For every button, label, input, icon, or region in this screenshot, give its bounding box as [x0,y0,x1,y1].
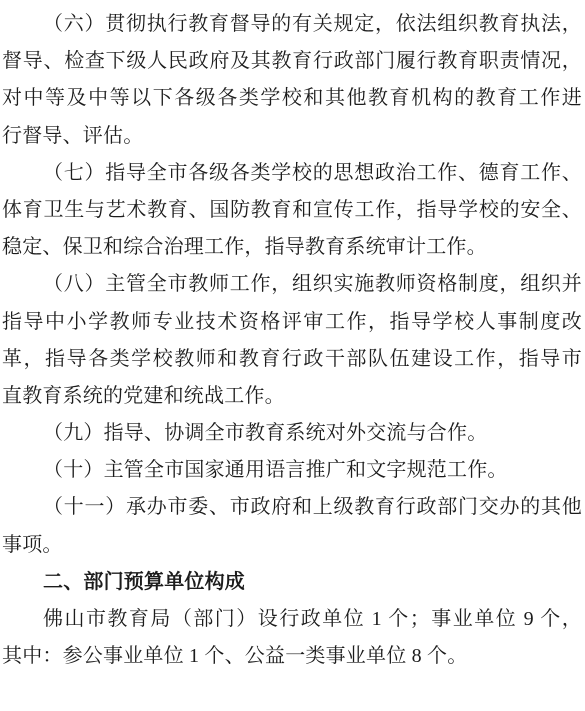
text-line: 革，指导各类学校教师和教育行政干部队伍建设工作，指导市 [2,341,582,378]
text-line: 佛山市教育局（部门）设行政单位 1 个；事业单位 9 个， [2,601,582,638]
paragraph-duty-item-9: （九）指导、协调全市教育系统对外交流与合作。 [2,415,582,452]
paragraph-budget-unit-composition: 佛山市教育局（部门）设行政单位 1 个；事业单位 9 个， 其中：参公事业单位 … [2,601,582,675]
paragraph-duty-item-10: （十）主管全市国家通用语言推广和文字规范工作。 [2,452,582,489]
text-line: 直教育系统的党建和统战工作。 [2,378,582,415]
text-line: 指导中小学教师专业技术资格评审工作，指导学校人事制度改 [2,304,582,341]
paragraph-duty-item-6: （六）贯彻执行教育督导的有关规定，依法组织教育执法， 督导、检查下级人民政府及其… [2,6,582,155]
section-heading: 二、部门预算单位构成 [2,564,582,601]
text-line: 督导、检查下级人民政府及其教育行政部门履行教育职责情况， [2,43,582,80]
text-line: （十）主管全市国家通用语言推广和文字规范工作。 [2,452,582,489]
text-line: 行督导、评估。 [2,118,582,155]
text-line: 对中等及中等以下各级各类学校和其他教育机构的教育工作进 [2,80,582,117]
paragraph-section-2-heading: 二、部门预算单位构成 [2,564,582,601]
document-page: （六）贯彻执行教育督导的有关规定，依法组织教育执法， 督导、检查下级人民政府及其… [0,0,585,711]
paragraph-duty-item-8: （八）主管全市教师工作，组织实施教师资格制度，组织并 指导中小学教师专业技术资格… [2,266,582,415]
text-line: （九）指导、协调全市教育系统对外交流与合作。 [2,415,582,452]
text-line: 稳定、保卫和综合治理工作，指导教育系统审计工作。 [2,229,582,266]
paragraph-duty-item-11: （十一）承办市委、市政府和上级教育行政部门交办的其他 事项。 [2,489,582,563]
text-line: （十一）承办市委、市政府和上级教育行政部门交办的其他 [2,489,582,526]
text-line: 其中：参公事业单位 1 个、公益一类事业单位 8 个。 [2,638,582,675]
paragraph-duty-item-7: （七）指导全市各级各类学校的思想政治工作、德育工作、 体育卫生与艺术教育、国防教… [2,155,582,267]
text-line: （八）主管全市教师工作，组织实施教师资格制度，组织并 [2,266,582,303]
text-line: 体育卫生与艺术教育、国防教育和宣传工作，指导学校的安全、 [2,192,582,229]
text-line: 事项。 [2,527,582,564]
text-line: （七）指导全市各级各类学校的思想政治工作、德育工作、 [2,155,582,192]
text-line: （六）贯彻执行教育督导的有关规定，依法组织教育执法， [2,6,582,43]
